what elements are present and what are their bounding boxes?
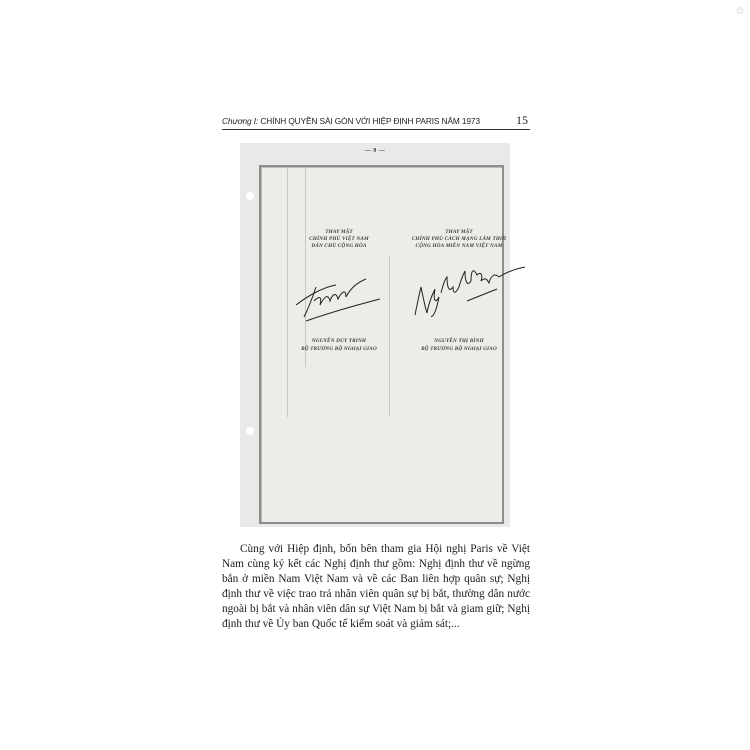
page-number: 15 (516, 113, 528, 128)
punch-hole (246, 192, 254, 200)
body-paragraph: Cùng với Hiệp định, bốn bên tham gia Hội… (222, 542, 530, 632)
fold-line (287, 167, 288, 417)
left-signature (294, 265, 384, 323)
running-header: Chương I: CHÍNH QUYỀN SÀI GÒN VỚI HIỆP Đ… (222, 113, 530, 130)
right-signer: NGUYỄN THỊ BÌNH BỘ TRƯỞNG BỘ NGOẠI GIAO (394, 337, 524, 353)
punch-hole (246, 427, 254, 435)
right-party-line: CHÍNH PHỦ CÁCH MẠNG LÂM THỜI (394, 236, 524, 243)
scan-page-marker: — 9 — (240, 148, 510, 154)
right-party-line: THAY MẶT (394, 229, 524, 236)
right-signer-title: BỘ TRƯỞNG BỘ NGOẠI GIAO (394, 345, 524, 353)
right-party-heading: THAY MẶT CHÍNH PHỦ CÁCH MẠNG LÂM THỜI CỘ… (394, 229, 524, 250)
right-party-line: CỘNG HÒA MIỀN NAM VIỆT NAM (394, 243, 524, 250)
right-signature (411, 257, 526, 317)
left-party-heading: THAY MẶT CHÍNH PHỦ VIỆT NAM DÂN CHỦ CỘNG… (279, 229, 399, 250)
left-party-line: DÂN CHỦ CỘNG HÒA (279, 243, 399, 250)
flower-watermark-icon: ✿ (735, 7, 745, 17)
left-signer: NGUYỄN DUY TRINH BỘ TRƯỞNG BỘ NGOẠI GIAO (279, 337, 399, 353)
left-signer-title: BỘ TRƯỞNG BỘ NGOẠI GIAO (279, 345, 399, 353)
scanned-treaty-page: — 9 — THAY MẶT CHÍNH PHỦ VIỆT NAM DÂN CH… (240, 143, 510, 527)
chapter-label: Chương I: (222, 116, 258, 126)
left-party-line: CHÍNH PHỦ VIỆT NAM (279, 236, 399, 243)
left-signer-name: NGUYỄN DUY TRINH (279, 337, 399, 345)
chapter-title-text: CHÍNH QUYỀN SÀI GÒN VỚI HIỆP ĐỊNH PARIS … (260, 116, 480, 126)
chapter-title: Chương I: CHÍNH QUYỀN SÀI GÒN VỚI HIỆP Đ… (222, 116, 480, 126)
right-signer-name: NGUYỄN THỊ BÌNH (394, 337, 524, 345)
scan-frame: THAY MẶT CHÍNH PHỦ VIỆT NAM DÂN CHỦ CỘNG… (259, 165, 504, 524)
left-party-line: THAY MẶT (279, 229, 399, 236)
